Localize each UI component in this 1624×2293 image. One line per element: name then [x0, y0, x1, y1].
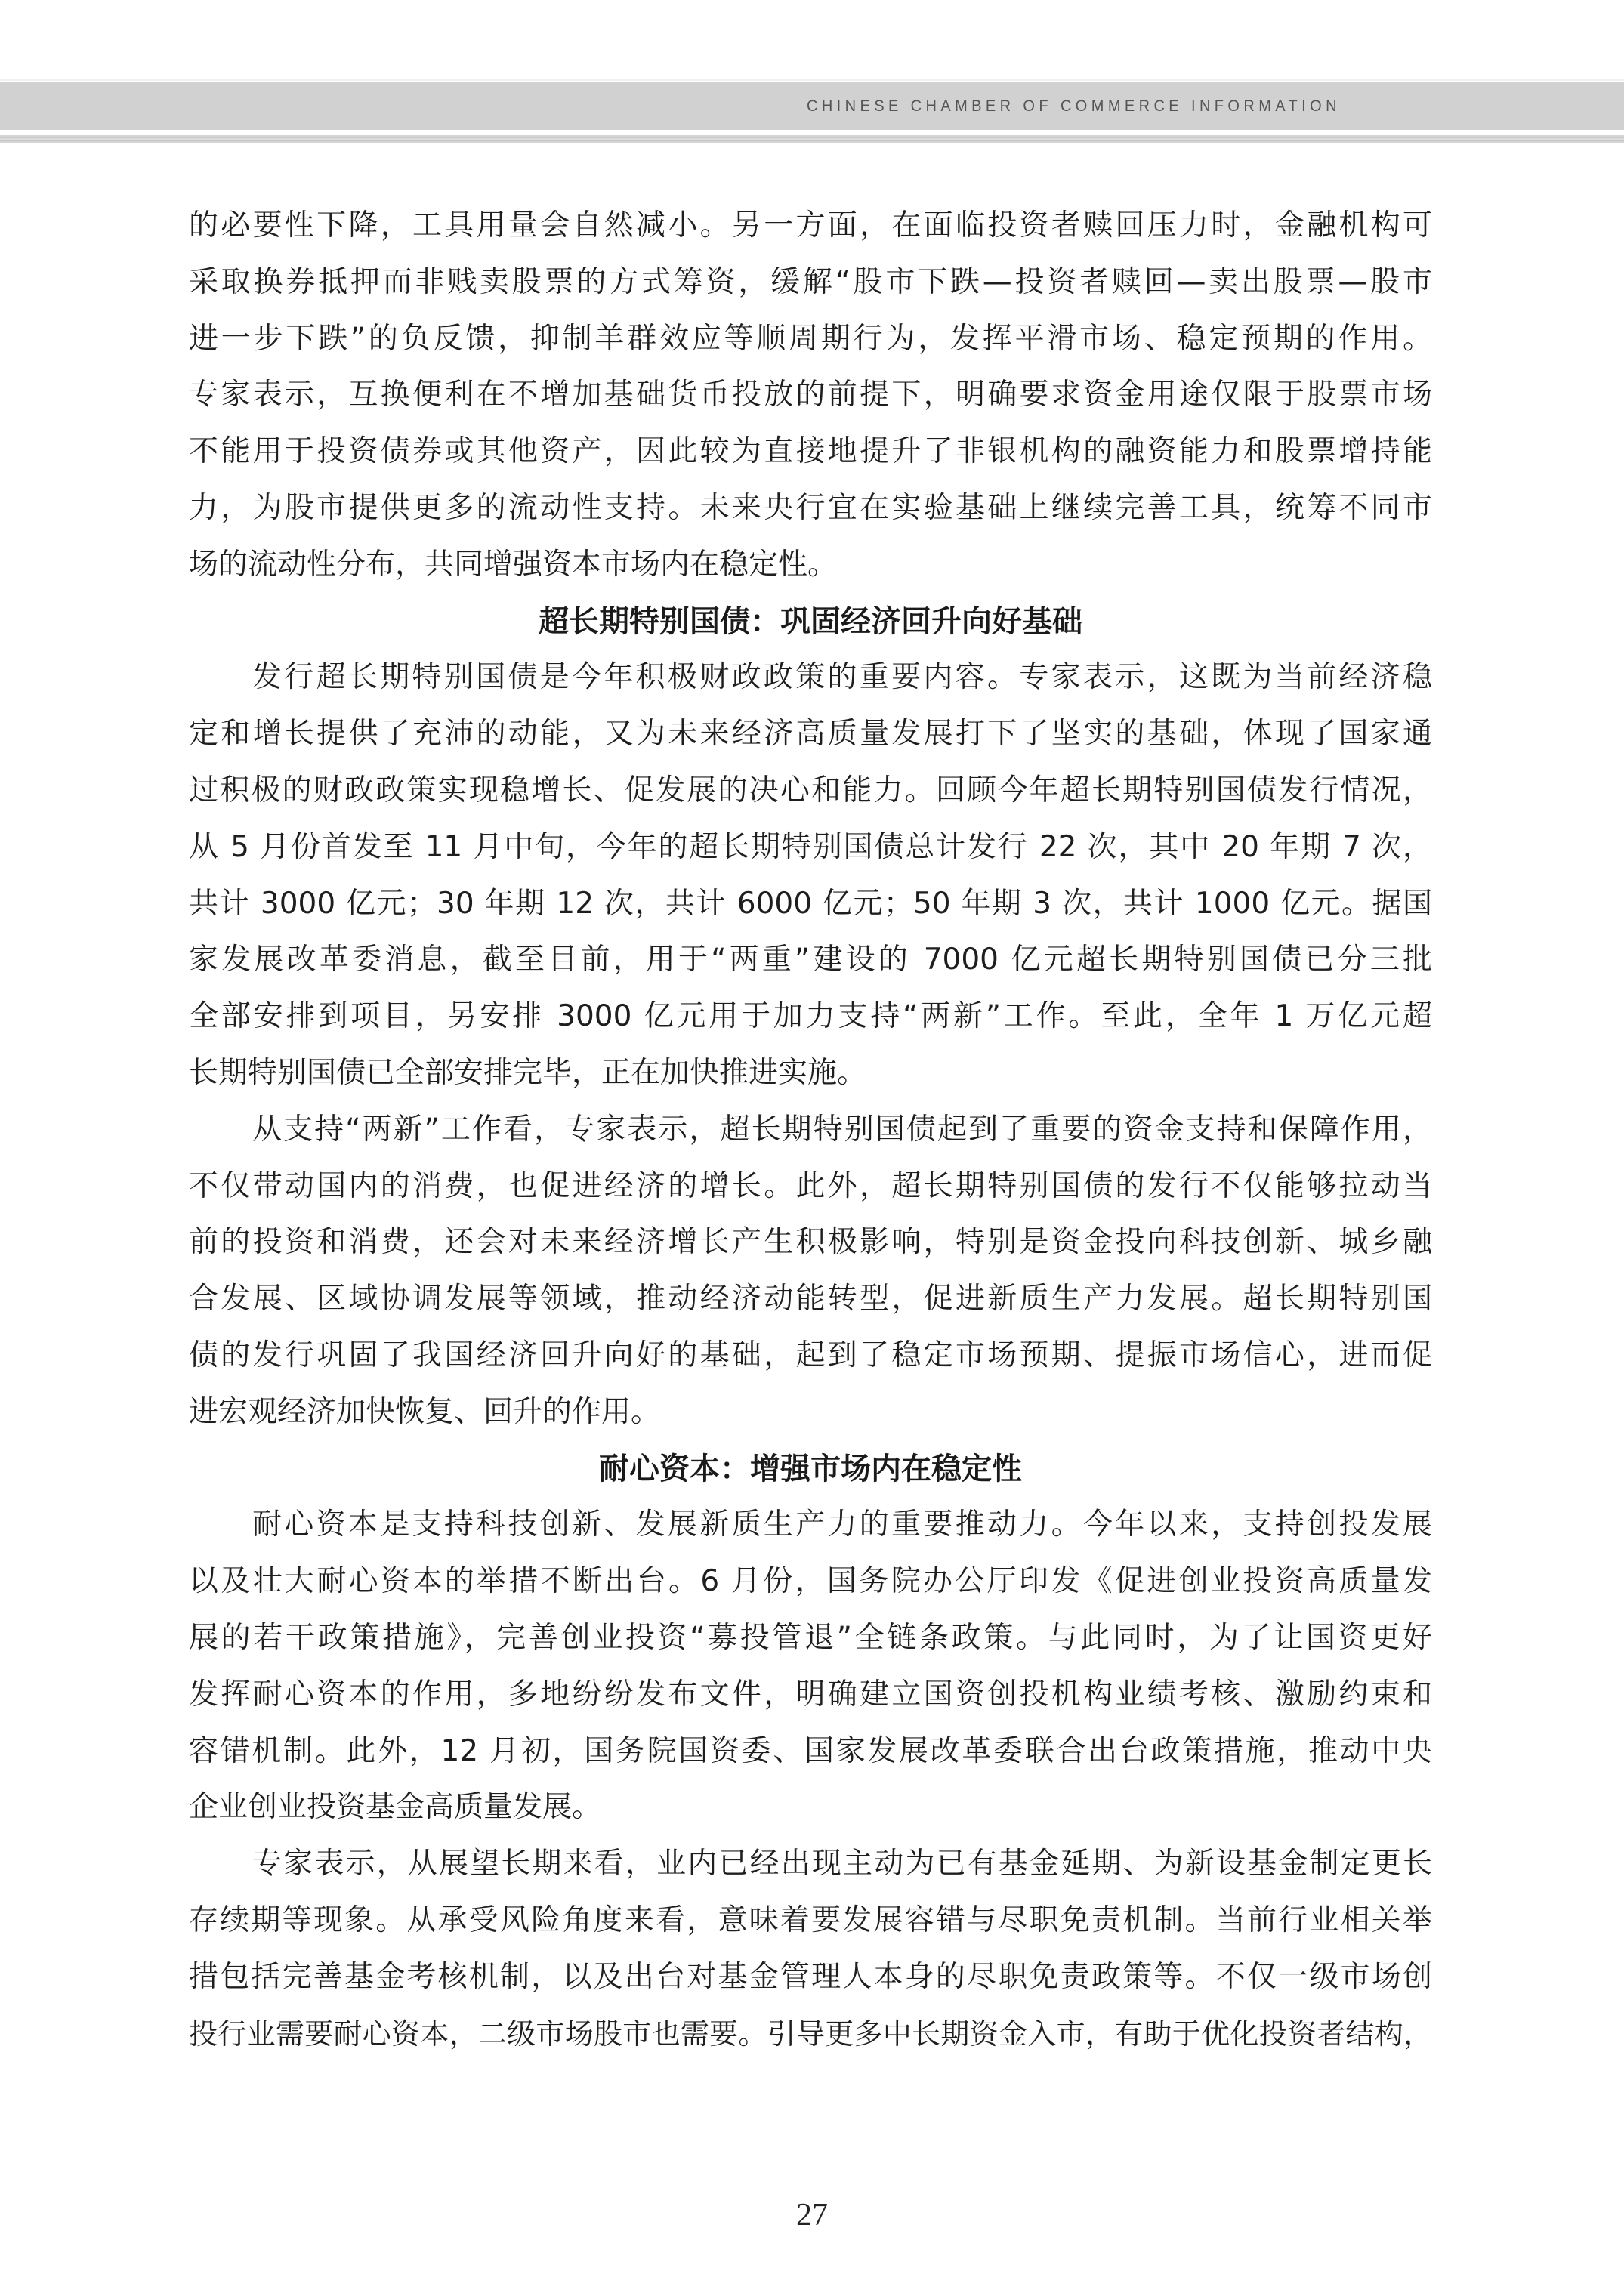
- text-line: 场的流动性分布，共同增强资本市场内在稳定性。: [189, 537, 1432, 594]
- text-line: 发行超长期特别国债是今年积极财政政策的重要内容。专家表示，这既为当前经济稳: [189, 650, 1432, 706]
- text-line: 发挥耐心资本的作用，多地纷纷发布文件，明确建立国资创投机构业绩考核、激励约束和: [189, 1667, 1432, 1724]
- text-line: 共计 3000 亿元；30 年期 12 次，共计 6000 亿元；50 年期 3…: [189, 876, 1432, 933]
- paragraph-continued: 的必要性下降，工具用量会自然减小。另一方面，在面临投资者赎回压力时，金融机构可 …: [189, 198, 1432, 594]
- section-heading-ultra-long-bonds: 超长期特别国债：巩固经济回升向好基础: [189, 594, 1432, 650]
- header-hairline: [0, 79, 1624, 81]
- header-divider-stripe: [0, 135, 1624, 143]
- paragraph: 从支持“两新”工作看，专家表示，超长期特别国债起到了重要的资金支持和保障作用， …: [189, 1102, 1432, 1441]
- text-line: 展的若干政策措施》，完善创业投资“募投管退”全链条政策。与此同时，为了让国资更好: [189, 1610, 1432, 1667]
- text-line: 合发展、区域协调发展等领域，推动经济动能转型，促进新质生产力发展。超长期特别国: [189, 1271, 1432, 1328]
- text-line: 进宏观经济加快恢复、回升的作用。: [189, 1384, 1432, 1441]
- text-line: 耐心资本是支持科技创新、发展新质生产力的重要推动力。今年以来，支持创投发展: [189, 1497, 1432, 1554]
- text-line: 容错机制。此外，12 月初，国务院国资委、国家发展改革委联合出台政策措施，推动中…: [189, 1724, 1432, 1780]
- article-body: 的必要性下降，工具用量会自然减小。另一方面，在面临投资者赎回压力时，金融机构可 …: [189, 198, 1432, 2062]
- text-line: 长期特别国债已全部安排完毕，正在加快推进实施。: [189, 1045, 1432, 1102]
- page-number: 27: [0, 2196, 1624, 2234]
- text-line: 专家表示，从展望长期来看，业内已经出现主动为已有基金延期、为新设基金制定更长: [189, 1836, 1432, 1893]
- text-line: 从支持“两新”工作看，专家表示，超长期特别国债起到了重要的资金支持和保障作用，: [189, 1102, 1432, 1159]
- text-line: 措包括完善基金考核机制，以及出台对基金管理人本身的尽职免责政策等。不仅一级市场创: [189, 1949, 1432, 2006]
- text-line: 投行业需要耐心资本，二级市场股市也需要。引导更多中长期资金入市，有助于优化投资者…: [189, 2006, 1432, 2063]
- paragraph: 专家表示，从展望长期来看，业内已经出现主动为已有基金延期、为新设基金制定更长 存…: [189, 1836, 1432, 2062]
- text-line: 从 5 月份首发至 11 月中旬，今年的超长期特别国债总计发行 22 次，其中 …: [189, 819, 1432, 876]
- text-line: 企业创业投资基金高质量发展。: [189, 1779, 1432, 1836]
- text-line: 进一步下跌”的负反馈，抑制羊群效应等顺周期行为，发挥平滑市场、稳定预期的作用。: [189, 311, 1432, 368]
- text-line: 家发展改革委消息，截至目前，用于“两重”建设的 7000 亿元超长期特别国债已分…: [189, 932, 1432, 989]
- publication-title: CHINESE CHAMBER OF COMMERCE INFORMATION: [807, 97, 1434, 116]
- text-line: 力，为股市提供更多的流动性支持。未来央行宜在实验基础上继续完善工具，统筹不同市: [189, 480, 1432, 537]
- text-line: 不仅带动国内的消费，也促进经济的增长。此外，超长期特别国债的发行不仅能够拉动当: [189, 1159, 1432, 1215]
- text-line: 存续期等现象。从承受风险角度来看，意味着要发展容错与尽职免责机制。当前行业相关举: [189, 1893, 1432, 1949]
- text-line: 以及壮大耐心资本的举措不断出台。6 月份，国务院办公厅印发《促进创业投资高质量发: [189, 1554, 1432, 1610]
- text-line: 过积极的财政政策实现稳增长、促发展的决心和能力。回顾今年超长期特别国债发行情况，: [189, 763, 1432, 819]
- text-line: 全部安排到项目，另安排 3000 亿元用于加力支持“两新”工作。至此，全年 1 …: [189, 989, 1432, 1045]
- text-line: 采取换券抵押而非贱卖股票的方式筹资，缓解“股市下跌—投资者赎回—卖出股票—股市: [189, 255, 1432, 311]
- paragraph: 耐心资本是支持科技创新、发展新质生产力的重要推动力。今年以来，支持创投发展 以及…: [189, 1497, 1432, 1836]
- text-line: 定和增长提供了充沛的动能，又为未来经济高质量发展打下了坚实的基础，体现了国家通: [189, 706, 1432, 763]
- text-line: 不能用于投资债券或其他资产，因此较为直接地提升了非银机构的融资能力和股票增持能: [189, 424, 1432, 480]
- text-line: 前的投资和消费，还会对未来经济增长产生积极影响，特别是资金投向科技创新、城乡融: [189, 1214, 1432, 1271]
- paragraph: 发行超长期特别国债是今年积极财政政策的重要内容。专家表示，这既为当前经济稳 定和…: [189, 650, 1432, 1101]
- text-line: 债的发行巩固了我国经济回升向好的基础，起到了稳定市场预期、提振市场信心，进而促: [189, 1328, 1432, 1384]
- section-heading-patient-capital: 耐心资本：增强市场内在稳定性: [189, 1441, 1432, 1498]
- text-line: 专家表示，互换便利在不增加基础货币投放的前提下，明确要求资金用途仅限于股票市场: [189, 367, 1432, 424]
- text-line: 的必要性下降，工具用量会自然减小。另一方面，在面临投资者赎回压力时，金融机构可: [189, 198, 1432, 255]
